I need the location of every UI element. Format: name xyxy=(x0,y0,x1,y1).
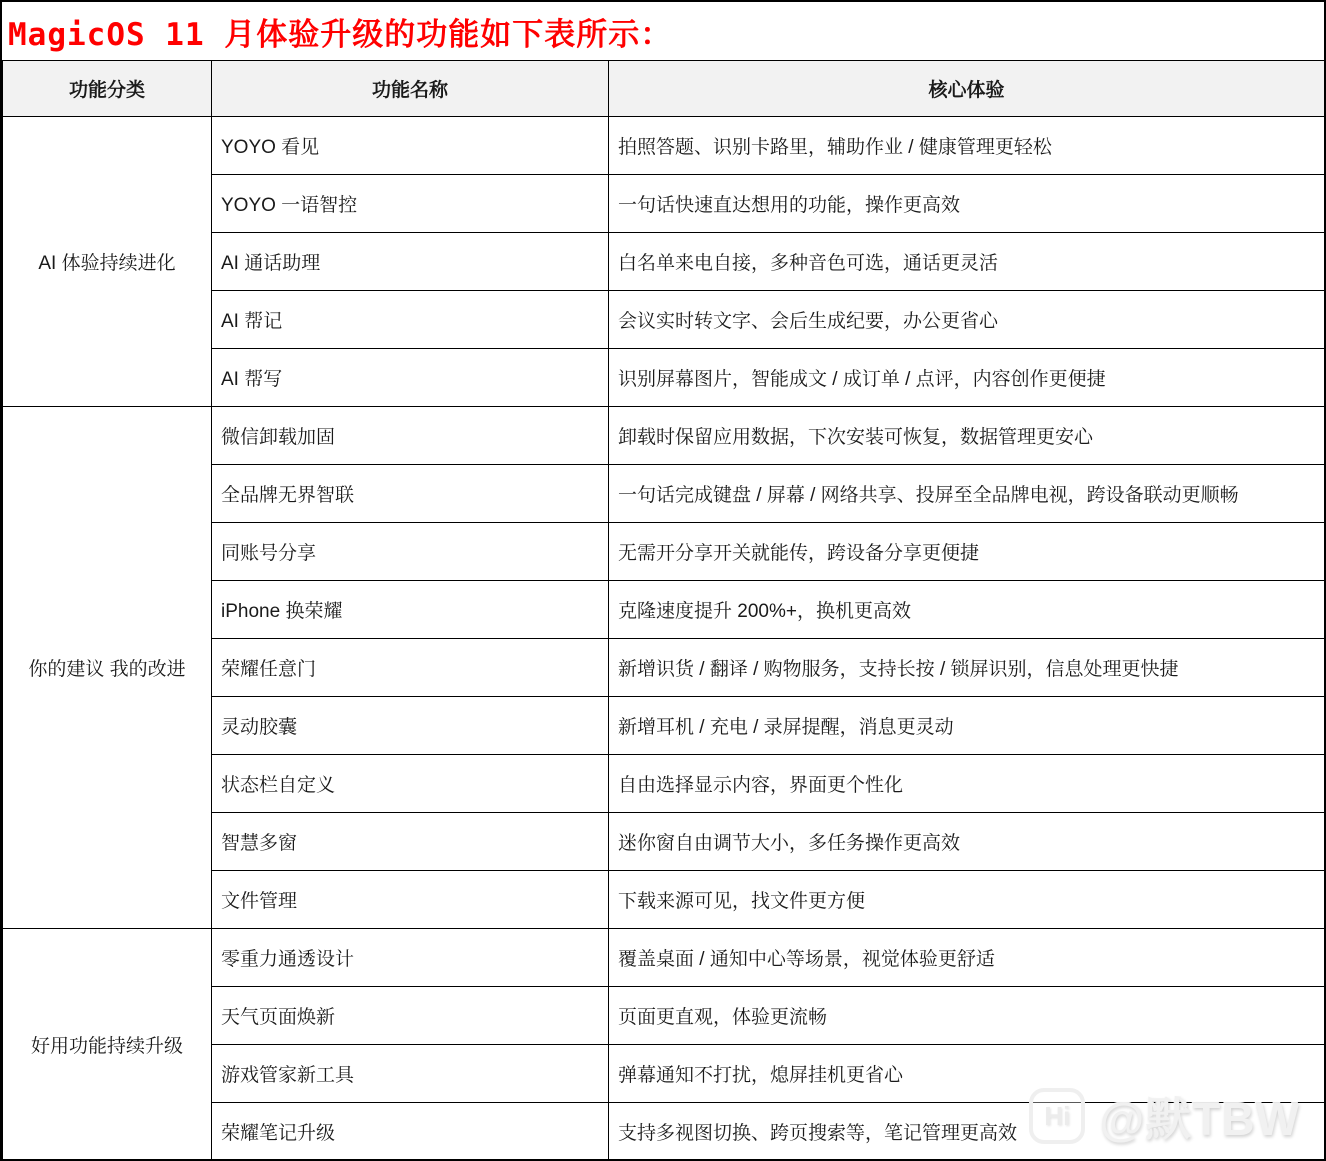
feature-desc-cell: 迷你窗自由调节大小，多任务操作更高效 xyxy=(609,813,1325,871)
feature-name-cell: 零重力通透设计 xyxy=(212,929,609,987)
feature-table: 功能分类 功能名称 核心体验 AI 体验持续进化 YOYO 看见 拍照答题、识别… xyxy=(2,60,1325,1161)
feature-desc-cell: 页面更直观，体验更流畅 xyxy=(609,987,1325,1045)
feature-desc-cell: 弹幕通知不打扰，熄屏挂机更省心 xyxy=(609,1045,1325,1103)
header-cell-feature-name: 功能名称 xyxy=(212,61,609,117)
feature-name-cell: AI 帮记 xyxy=(212,291,609,349)
feature-desc-cell: 覆盖桌面 / 通知中心等场景，视觉体验更舒适 xyxy=(609,929,1325,987)
feature-desc-cell: 白名单来电自接，多种音色可选，通话更灵活 xyxy=(609,233,1325,291)
header-cell-core-experience: 核心体验 xyxy=(609,61,1325,117)
feature-desc-cell: 拍照答题、识别卡路里，辅助作业 / 健康管理更轻松 xyxy=(609,117,1325,175)
feature-name-cell: 微信卸载加固 xyxy=(212,407,609,465)
table-row: 你的建议 我的改进 微信卸载加固 卸载时保留应用数据，下次安装可恢复，数据管理更… xyxy=(3,407,1325,465)
category-cell-suggestions: 你的建议 我的改进 xyxy=(3,407,212,929)
feature-name-cell: 全品牌无界智联 xyxy=(212,465,609,523)
feature-name-cell: YOYO 看见 xyxy=(212,117,609,175)
feature-name-cell: iPhone 换荣耀 xyxy=(212,581,609,639)
feature-desc-cell: 一句话完成键盘 / 屏幕 / 网络共享、投屏至全品牌电视，跨设备联动更顺畅 xyxy=(609,465,1325,523)
feature-name-cell: 状态栏自定义 xyxy=(212,755,609,813)
feature-name-cell: 天气页面焕新 xyxy=(212,987,609,1045)
feature-desc-cell: 会议实时转文字、会后生成纪要，办公更省心 xyxy=(609,291,1325,349)
feature-name-cell: 灵动胶囊 xyxy=(212,697,609,755)
category-cell-ai: AI 体验持续进化 xyxy=(3,117,212,407)
feature-name-cell: AI 通话助理 xyxy=(212,233,609,291)
feature-desc-cell: 卸载时保留应用数据，下次安装可恢复，数据管理更安心 xyxy=(609,407,1325,465)
feature-desc-cell: 新增耳机 / 充电 / 录屏提醒，消息更灵动 xyxy=(609,697,1325,755)
document-page: MagicOS 11 月体验升级的功能如下表所示： 功能分类 功能名称 核心体验… xyxy=(0,0,1326,1161)
feature-name-cell: 游戏管家新工具 xyxy=(212,1045,609,1103)
feature-desc-cell: 支持多视图切换、跨页搜索等，笔记管理更高效 xyxy=(609,1103,1325,1161)
feature-name-cell: YOYO 一语智控 xyxy=(212,175,609,233)
feature-name-cell: AI 帮写 xyxy=(212,349,609,407)
feature-name-cell: 荣耀任意门 xyxy=(212,639,609,697)
feature-desc-cell: 一句话快速直达想用的功能，操作更高效 xyxy=(609,175,1325,233)
feature-desc-cell: 识别屏幕图片，智能成文 / 成订单 / 点评，内容创作更便捷 xyxy=(609,349,1325,407)
feature-name-cell: 荣耀笔记升级 xyxy=(212,1103,609,1161)
title-bar: MagicOS 11 月体验升级的功能如下表所示： xyxy=(2,2,1324,60)
feature-desc-cell: 下载来源可见，找文件更方便 xyxy=(609,871,1325,929)
feature-name-cell: 智慧多窗 xyxy=(212,813,609,871)
feature-desc-cell: 克隆速度提升 200%+，换机更高效 xyxy=(609,581,1325,639)
table-row: AI 体验持续进化 YOYO 看见 拍照答题、识别卡路里，辅助作业 / 健康管理… xyxy=(3,117,1325,175)
page-title: MagicOS 11 月体验升级的功能如下表所示： xyxy=(8,9,672,54)
feature-name-cell: 文件管理 xyxy=(212,871,609,929)
header-cell-category: 功能分类 xyxy=(3,61,212,117)
category-cell-useful-features: 好用功能持续升级 xyxy=(3,929,212,1161)
table-row: 好用功能持续升级 零重力通透设计 覆盖桌面 / 通知中心等场景，视觉体验更舒适 xyxy=(3,929,1325,987)
feature-desc-cell: 无需开分享开关就能传，跨设备分享更便捷 xyxy=(609,523,1325,581)
feature-name-cell: 同账号分享 xyxy=(212,523,609,581)
feature-desc-cell: 新增识货 / 翻译 / 购物服务，支持长按 / 锁屏识别，信息处理更快捷 xyxy=(609,639,1325,697)
table-header-row: 功能分类 功能名称 核心体验 xyxy=(3,61,1325,117)
feature-desc-cell: 自由选择显示内容，界面更个性化 xyxy=(609,755,1325,813)
